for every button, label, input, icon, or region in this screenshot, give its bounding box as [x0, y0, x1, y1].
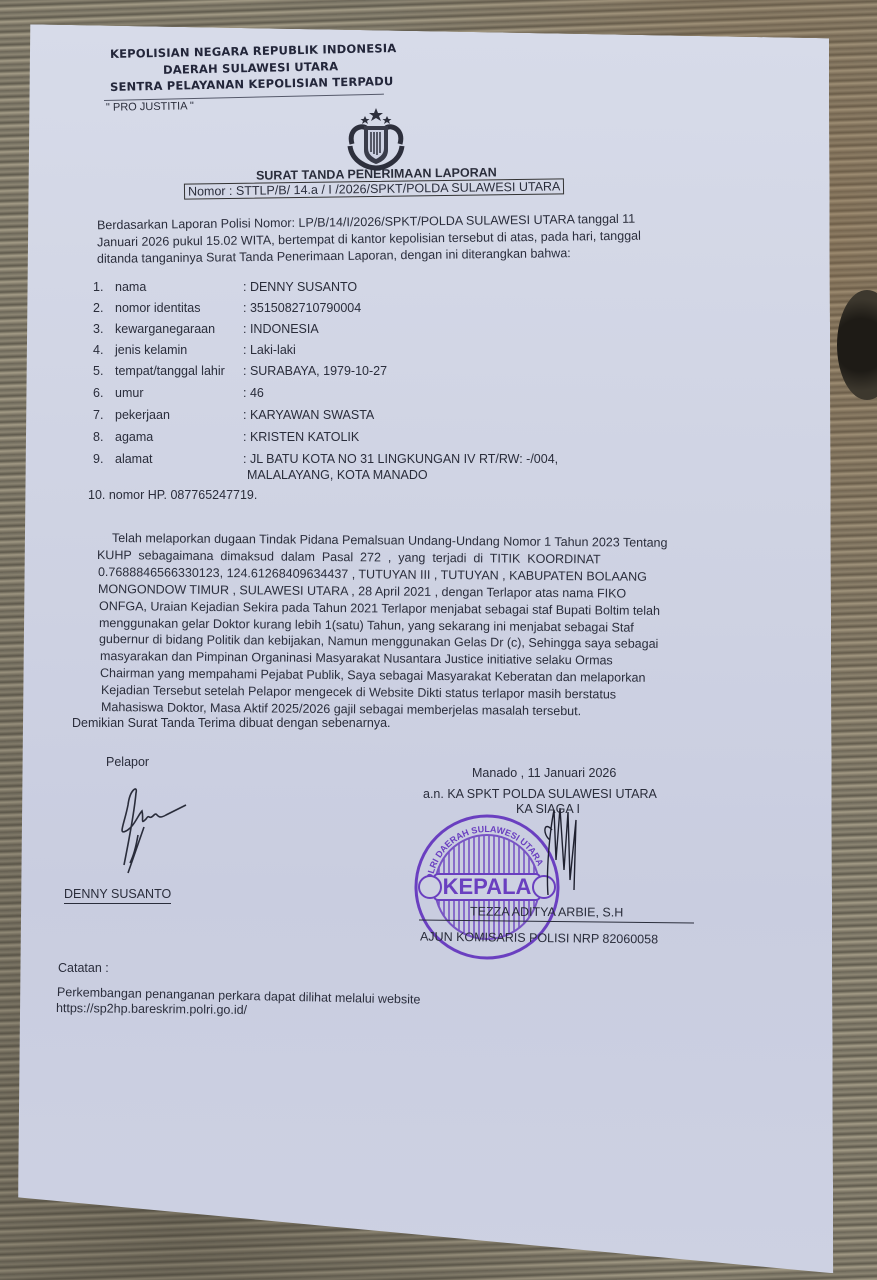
field-number: 2.	[93, 301, 103, 315]
field-value: : KRISTEN KATOLIK	[243, 430, 359, 444]
field-number: 3.	[93, 322, 103, 336]
field-label: umur	[115, 386, 143, 400]
officer-signature	[540, 800, 585, 905]
field-number: 6.	[93, 386, 103, 400]
stamp-center-text: KEPALA	[443, 874, 532, 899]
field-value: : 46	[243, 386, 264, 400]
header-line-2: DAERAH SULAWESI UTARA	[163, 59, 339, 77]
reporter-label: Pelapor	[106, 754, 149, 771]
field-label: pekerjaan	[115, 408, 170, 422]
field-value: : Laki-laki	[243, 343, 296, 357]
field-label: alamat	[115, 452, 153, 466]
officer-rank-nrp: AJUN KOMISARIS POLISI NRP 82060058	[420, 929, 658, 949]
field-value: : JL BATU KOTA NO 31 LINGKUNGAN IV RT/RW…	[243, 452, 558, 466]
field-value: : 3515082710790004	[243, 301, 361, 315]
field-number: 7.	[93, 408, 103, 422]
closing-statement: Demikian Surat Tanda Terima dibuat denga…	[72, 715, 391, 732]
phone-number: 10. nomor HP. 087765247719.	[88, 487, 257, 504]
field-label: agama	[115, 430, 153, 444]
place-date: Manado , 11 Januari 2026	[472, 765, 616, 782]
field-number: 9.	[93, 452, 103, 466]
field-number: 4.	[93, 343, 103, 357]
header-line-3: SENTRA PELAYANAN KEPOLISIAN TERPADU	[110, 74, 394, 94]
field-number: 1.	[93, 280, 103, 294]
field-label: nama	[115, 280, 146, 294]
header-line-1: KEPOLISIAN NEGARA REPUBLIK INDONESIA	[110, 41, 397, 61]
note-label: Catatan :	[58, 960, 109, 977]
field-value: : KARYAWAN SWASTA	[243, 408, 374, 422]
document-number: Nomor : STTLP/B/ 14.a / I /2026/SPKT/POL…	[184, 178, 565, 199]
field-label: kewarganegaraan	[115, 322, 215, 336]
field-value: : SURABAYA, 1979-10-27	[243, 364, 387, 378]
reporter-signature	[108, 785, 193, 880]
pro-justitia: " PRO JUSTITIA "	[106, 100, 194, 114]
field-number: 8.	[93, 430, 103, 444]
document: KEPOLISIAN NEGARA REPUBLIK INDONESIA DAE…	[0, 0, 877, 1280]
field-value-continued: MALALAYANG, KOTA MANADO	[247, 468, 428, 482]
officer-name: TEZZA ADITYA ARBIE, S.H	[470, 903, 623, 921]
field-label: tempat/tanggal lahir	[115, 364, 225, 378]
note-url[interactable]: https://sp2hp.bareskrim.polri.go.id/	[56, 1000, 247, 1019]
field-value: : DENNY SUSANTO	[243, 280, 357, 294]
field-label: nomor identitas	[115, 301, 200, 315]
field-number: 5.	[93, 364, 103, 378]
field-value: : INDONESIA	[243, 322, 319, 336]
reporter-name: DENNY SUSANTO	[64, 886, 171, 904]
header-divider	[104, 94, 384, 101]
police-emblem-icon	[338, 106, 414, 172]
field-label: jenis kelamin	[115, 343, 187, 357]
